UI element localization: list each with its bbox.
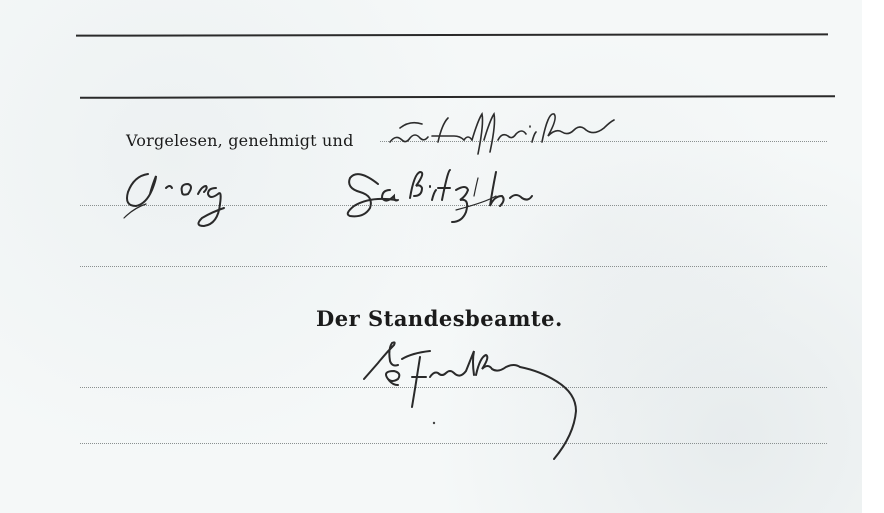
read-approval-text: Vorgelesen, genehmigt und — [126, 131, 354, 150]
solid-rule-second — [80, 95, 835, 99]
scan-border — [862, 0, 884, 513]
registrar-label: Der Standesbeamte. — [316, 306, 563, 331]
handwritten-approval-word — [380, 108, 720, 158]
document-page: Vorgelesen, genehmigt und unterschrieben… — [0, 0, 862, 513]
registrar-signature — [360, 335, 660, 455]
dotted-rule-3 — [80, 266, 827, 267]
declarant-signature — [118, 158, 598, 238]
solid-rule-top — [76, 33, 828, 36]
